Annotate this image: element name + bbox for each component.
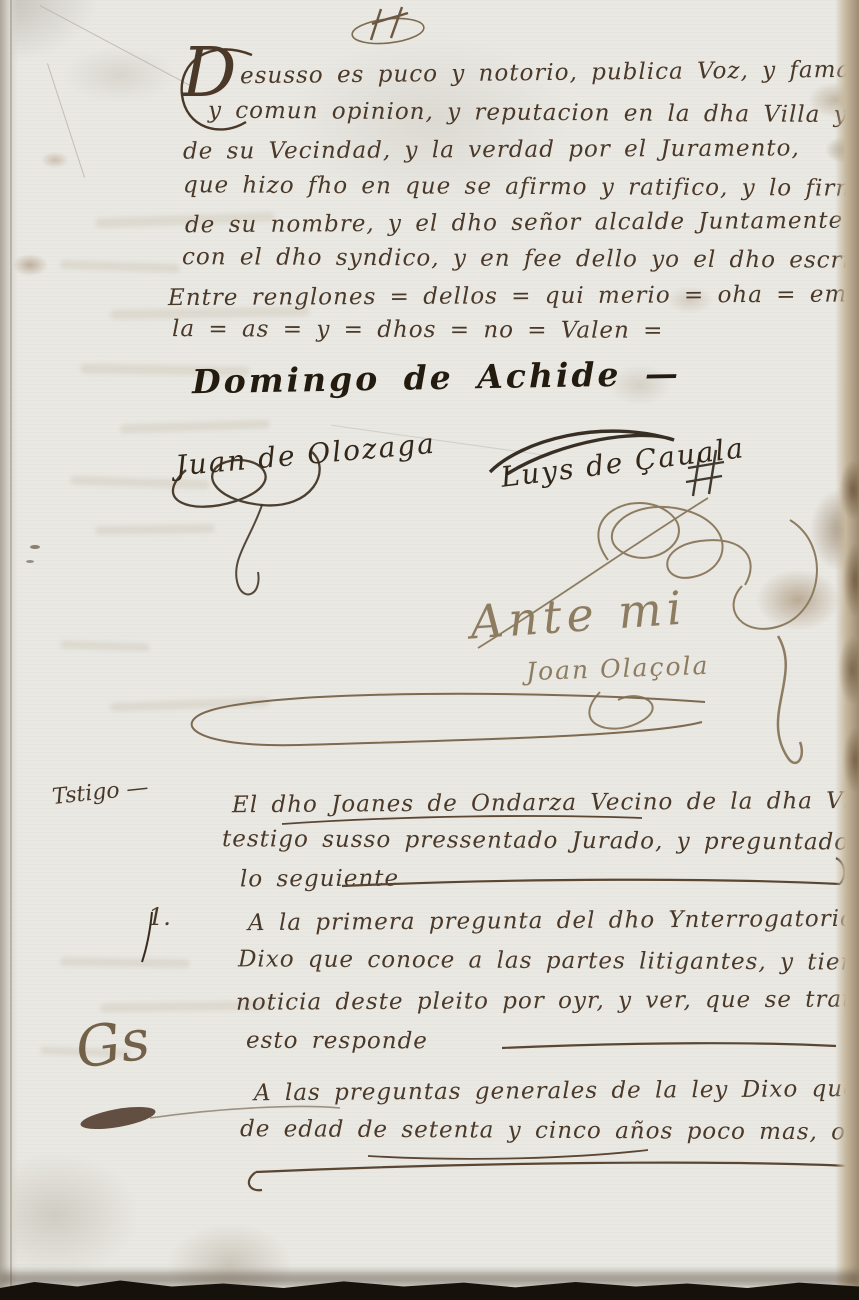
manuscript-line: Dixo que conoce a las partes litigantes,… bbox=[238, 946, 859, 975]
manuscript-line: que hizo fho en que se afirmo y ratifico… bbox=[183, 172, 859, 202]
adjacent-page-rough-edge bbox=[825, 430, 859, 820]
margin-generales-flourish: Gs bbox=[72, 1007, 154, 1082]
paper-crease bbox=[47, 63, 85, 177]
underline-age bbox=[368, 1150, 648, 1159]
signature-witness-left: Juan de Olozaga bbox=[174, 427, 437, 483]
manuscript-line: de edad de setenta y cinco años poco mas… bbox=[240, 1116, 859, 1146]
rule-after-responde bbox=[502, 1043, 836, 1048]
manuscript-line: la = as = y = dhos = no = Valen = bbox=[172, 316, 664, 344]
rule-after-seguiente bbox=[342, 858, 844, 886]
manuscript-line: El dho Joanes de Ondarza Vecino de la dh… bbox=[232, 788, 859, 819]
notary-signature-loop bbox=[589, 692, 652, 729]
manuscript-line: de su nombre, y el dho señor alcalde Jun… bbox=[185, 208, 843, 239]
manuscript-line: esusso es puco y notorio, publica Voz, y… bbox=[240, 57, 851, 89]
manuscript-page: D esusso es puco y notorio, publica Voz,… bbox=[0, 0, 859, 1300]
page-left-crease-line bbox=[10, 0, 12, 1300]
bleedthrough-mark bbox=[95, 524, 215, 535]
edge-speck bbox=[26, 560, 34, 563]
notary-attestation: Ante mi bbox=[468, 581, 688, 650]
signature-witness-right: Luys de Çauala bbox=[499, 431, 747, 494]
manuscript-line: lo seguiente bbox=[240, 866, 399, 893]
margin-question-number: 1. bbox=[148, 903, 171, 931]
manuscript-line: y comun opinion, y reputacion en la dha … bbox=[208, 98, 859, 129]
notary-paraph-ring bbox=[734, 520, 817, 629]
manuscript-line: A la primera pregunta del dho Ynterrogat… bbox=[248, 906, 855, 936]
margin-witness-label: Tstigo — bbox=[51, 775, 150, 810]
bleedthrough-mark bbox=[120, 419, 270, 433]
manuscript-line: A las preguntas generales de la ley Dixo… bbox=[254, 1076, 859, 1106]
closing-rule bbox=[249, 1163, 850, 1191]
manuscript-line: de su Vecindad, y la verdad por el Juram… bbox=[183, 135, 800, 164]
signature-principal: Domingo de Achide — bbox=[192, 354, 682, 402]
edge-speck bbox=[30, 545, 40, 549]
manuscript-line: esto responde bbox=[246, 1028, 428, 1055]
page-left-edge bbox=[0, 0, 18, 1300]
manuscript-line: noticia deste pleito por oyr, y ver, que… bbox=[236, 986, 859, 1015]
gs-ink-blob bbox=[79, 1103, 157, 1134]
bleedthrough-mark bbox=[110, 697, 270, 712]
manuscript-line: con el dho syndico, y en fee dello yo el… bbox=[182, 244, 859, 274]
notary-paraph-loops bbox=[598, 503, 750, 585]
signature-notary: Joan Olaçola bbox=[526, 651, 710, 686]
bleedthrough-mark bbox=[60, 640, 150, 651]
paper-crease bbox=[40, 5, 191, 86]
witness-left-rubric-tail bbox=[236, 505, 262, 594]
manuscript-line: Entre renglones = dellos = qui merio = o… bbox=[168, 281, 859, 311]
invocation-cross-icon bbox=[351, 7, 425, 47]
bleedthrough-mark bbox=[60, 957, 190, 968]
manuscript-line: testigo susso pressentado Jurado, y preg… bbox=[222, 826, 859, 856]
notary-signature-tail bbox=[778, 636, 802, 763]
bleedthrough-mark bbox=[60, 260, 180, 273]
